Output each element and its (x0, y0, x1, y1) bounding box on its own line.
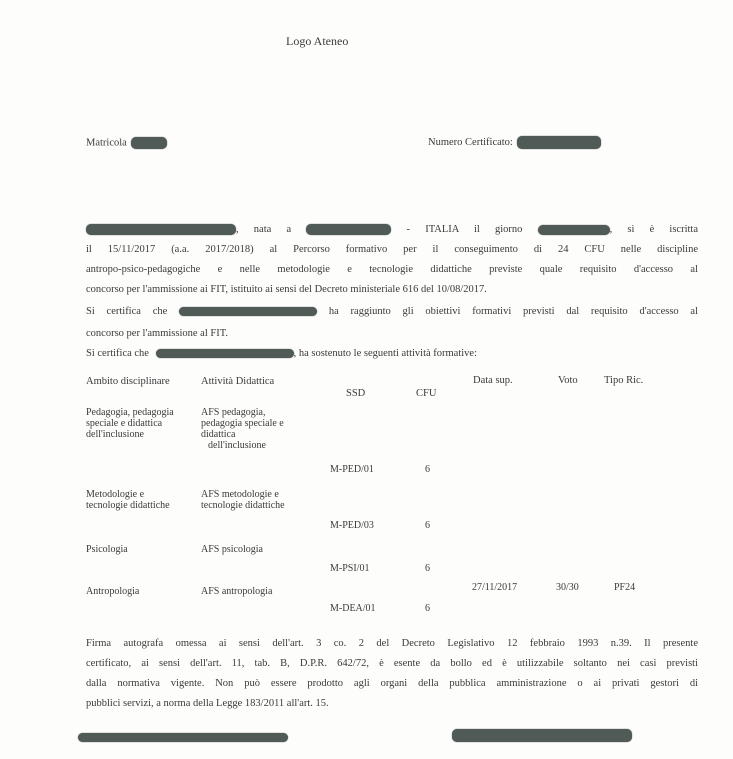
attivita-line: AFS metodologie e (201, 489, 285, 500)
attivita-line: pedagogia speciale e (201, 418, 284, 429)
table-row-4-cfu: 6 (425, 603, 430, 614)
table-row-3-cfu: 6 (425, 563, 430, 574)
table-row-3-ssd: M-PSI/01 (330, 563, 369, 574)
enrolled-label: , si è iscritta (610, 224, 698, 235)
redacted-signature-left (78, 733, 288, 742)
body-line-1: , nata a - ITALIA il giorno , si è iscri… (86, 224, 698, 235)
header-cfu: CFU (416, 388, 436, 399)
footer-line-3: dalla normativa vigente. Non può essere … (86, 678, 698, 689)
table-row-4-attivita: AFS antropologia (201, 586, 272, 597)
table-row-2-ssd: M-PED/03 (330, 520, 374, 531)
objectives-text: ha raggiunto gli obiettivi formativi pre… (329, 306, 698, 317)
attivita-line: dell'inclusione (201, 440, 284, 451)
redacted-signature-right (452, 729, 632, 742)
activities-text: , ha sostenuto le seguenti attività form… (294, 348, 477, 359)
body-line-5: Si certifica che ha raggiunto gli obiett… (86, 306, 698, 317)
body-line-2: il 15/11/2017 (a.a. 2017/2018) al Percor… (86, 244, 698, 255)
matricola-label: Matricola (86, 137, 127, 148)
body-line-6: concorso per l'ammissione al FIT. (86, 328, 228, 339)
body-line-7: Si certifica che , ha sostenuto le segue… (86, 348, 477, 359)
table-row-2-attivita: AFS metodologie e tecnologie didattiche (201, 489, 285, 511)
birth-label: , nata a (236, 224, 291, 235)
ambito-line: tecnologie didattiche (86, 500, 170, 511)
redacted-matricola (131, 137, 167, 149)
certify-label: Si certifica che (86, 306, 167, 317)
table-row-1-attivita: AFS pedagogia, pedagogia speciale e dida… (201, 407, 284, 451)
certificate-number-label: Numero Certificato: (428, 137, 513, 148)
attivita-line: didattica (201, 429, 284, 440)
redacted-birthplace (306, 224, 391, 235)
table-row-1-ssd: M-PED/01 (330, 464, 374, 475)
footer-line-1: Firma autografa omessa ai sensi dell'art… (86, 638, 698, 649)
matricola-field: Matricola (86, 137, 167, 149)
certificate-number-field: Numero Certificato: (428, 136, 601, 149)
recognition-type: PF24 (614, 582, 635, 593)
table-row-4-ambito: Antropologia (86, 586, 139, 597)
footer-line-4: pubblici servizi, a norma della Legge 18… (86, 698, 329, 709)
exam-grade: 30/30 (556, 582, 579, 593)
attivita-line: AFS pedagogia, (201, 407, 284, 418)
logo-placeholder: Logo Ateneo (286, 34, 348, 49)
footer-line-2: certificato, ai sensi dell'art. 11, tab.… (86, 658, 698, 669)
ambito-line: speciale e didattica (86, 418, 174, 429)
redacted-name (156, 349, 294, 358)
header-data: Data sup. (473, 375, 513, 386)
attivita-line: tecnologie didattiche (201, 500, 285, 511)
table-row-4-ssd: M-DEA/01 (330, 603, 376, 614)
day-label: il giorno (474, 224, 522, 235)
redacted-certificate-number (517, 136, 601, 149)
redacted-name (86, 224, 236, 235)
table-row-2-ambito: Metodologie e tecnologie didattiche (86, 489, 170, 511)
redacted-name (179, 307, 317, 316)
header-voto: Voto (558, 375, 578, 386)
table-row-3-attivita: AFS psicologia (201, 544, 263, 555)
body-line-4: concorso per l'ammissione ai FIT, istitu… (86, 284, 487, 295)
exam-date: 27/11/2017 (472, 582, 517, 593)
redacted-birthdate (538, 225, 610, 235)
header-ambito: Ambito disciplinare (86, 376, 170, 387)
table-row-3-ambito: Psicologia (86, 544, 128, 555)
table-row-2-cfu: 6 (425, 520, 430, 531)
table-row-1-cfu: 6 (425, 464, 430, 475)
header-ssd: SSD (346, 388, 365, 399)
header-attivita: Attività Didattica (201, 376, 274, 387)
ambito-line: Pedagogia, pedagogia (86, 407, 174, 418)
body-line-3: antropo-psico-pedagogiche e nelle metodo… (86, 264, 698, 275)
ambito-line: dell'inclusione (86, 429, 174, 440)
header-tipo: Tipo Ric. (604, 375, 643, 386)
certify-label: Si certifica che (86, 348, 149, 359)
country-text: - ITALIA (407, 224, 459, 235)
ambito-line: Metodologie e (86, 489, 170, 500)
table-row-1-ambito: Pedagogia, pedagogia speciale e didattic… (86, 407, 174, 440)
